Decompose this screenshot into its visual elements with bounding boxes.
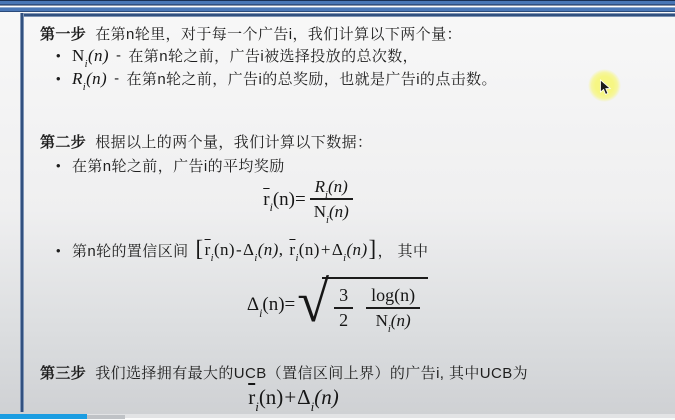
bullet-icon: • [56, 48, 61, 63]
fraction-R-over-N: Ri(n) Ni(n) [309, 177, 354, 222]
minus-sign: - [236, 240, 242, 260]
math-sub: i [254, 253, 257, 264]
math-base: r [263, 189, 269, 210]
formula-delta: Δi(n) = √ 3 2 log(n) Ni(n) [0, 277, 675, 333]
math-sub: i [259, 307, 262, 320]
math-sub: i [211, 253, 214, 264]
math-sub: i [388, 324, 391, 335]
bullet-icon: • [56, 243, 61, 258]
step2-text: 根据以上的两个量，我们计算以下数据： [95, 134, 372, 151]
comma: , [279, 240, 284, 260]
math-base: N [72, 46, 85, 65]
numerator: log(n) [366, 285, 420, 309]
math-arg: (n) [86, 69, 107, 88]
math-arg: (n) [214, 240, 235, 259]
math-arg: (n) [258, 240, 279, 259]
fraction-log-over-N: log(n) Ni(n) [366, 285, 420, 331]
math-delta-atom: Δi(n) [297, 385, 339, 410]
bullet-text: 在第n轮之前，广告i的总奖励，也就是广告i的点击数。 [127, 68, 497, 89]
bullet-item-avg: • 在第n轮之前，广告i的平均奖励 [56, 155, 285, 176]
window-top-border [0, 0, 675, 12]
math-rbar-atom: ri(n) [263, 189, 295, 211]
math-arg: (n) [262, 294, 284, 315]
math-arg: (n) [259, 385, 284, 409]
math-arg: (n) [299, 240, 320, 259]
math-N-atom: Ni(n) [72, 46, 109, 66]
math-sub: i [255, 399, 259, 414]
bullet-icon: • [56, 158, 61, 173]
close-bracket: ] [368, 236, 378, 262]
plus-sign: + [284, 385, 296, 410]
math-arg: (n) [347, 240, 368, 259]
bullet-text: 在第n轮之前，广告i被选择投放的总次数， [128, 45, 418, 66]
math-arg: (n) [329, 202, 349, 221]
math-sub: i [270, 201, 273, 214]
math-base: Δ [297, 385, 311, 409]
progress-buffered [87, 415, 125, 419]
bullet-item-N: • Ni(n) - 在第n轮之前，广告i被选择投放的总次数， [56, 45, 418, 66]
dash-separator: - [116, 47, 121, 64]
bullet-text-suffix: ， 其中 [378, 240, 429, 261]
math-base: N [314, 202, 326, 221]
bullet-text: 在第n轮之前，广告i的平均奖励 [72, 155, 285, 176]
math-base: Δ [243, 240, 254, 259]
mouse-cursor-icon [599, 79, 612, 96]
step3-text: 我们选择拥有最大的UCB（置信区间上界）的广告i, 其中UCB为 [95, 365, 528, 382]
math-base: R [72, 69, 83, 88]
dash-separator: - [114, 70, 119, 87]
progress-played[interactable] [0, 414, 87, 419]
math-arg: (n) [391, 311, 411, 330]
formula-average-reward: ri(n) = Ri(n) Ni(n) [0, 177, 617, 222]
math-rbar-atom: ri(n) [248, 385, 283, 410]
math-base: R [315, 177, 325, 196]
math-sub: i [295, 253, 298, 264]
step1-label: 第一步 [40, 26, 86, 43]
math-N-atom: Ni(n) [376, 311, 411, 330]
radical-sign: √ [297, 274, 329, 330]
step2-label: 第二步 [40, 134, 86, 151]
step2-heading: 第二步根据以上的两个量，我们计算以下数据： [40, 131, 372, 152]
slide-border-top [20, 13, 675, 17]
math-base: Δ [332, 240, 343, 259]
math-N-atom: Ni(n) [314, 202, 349, 221]
step3-label: 第三步 [40, 365, 86, 382]
bullet-text: 第n轮的置信区间 [72, 240, 189, 261]
step1-heading: 第一步在第n轮里，对于每一个广告i，我们计算以下两个量： [40, 23, 462, 44]
math-rbar-atom: ri(n) [289, 240, 319, 260]
math-sub: i [343, 253, 346, 264]
bullet-item-R: • Ri(n) - 在第n轮之前，广告i的总奖励，也就是广告i的点击数。 [56, 68, 497, 89]
math-R-atom: Ri(n) [72, 69, 107, 89]
denominator: 2 [334, 309, 353, 331]
math-base: r [205, 240, 211, 259]
math-delta-atom: Δi(n) [247, 294, 285, 316]
math-base: N [376, 311, 388, 330]
fraction-3-over-2: 3 2 [334, 285, 353, 331]
equals-sign: = [285, 294, 296, 316]
math-R-atom: Ri(n) [315, 177, 348, 197]
math-delta-atom: Δi(n) [243, 240, 279, 260]
math-arg: (n) [273, 189, 295, 210]
video-frame: 第一步在第n轮里，对于每一个广告i，我们计算以下两个量： • Ni(n) - 在… [0, 0, 675, 420]
math-arg: (n) [88, 46, 109, 65]
step1-text: 在第n轮里，对于每一个广告i，我们计算以下两个量： [95, 26, 462, 43]
math-sub: i [83, 82, 86, 93]
plus-sign: + [321, 240, 331, 260]
math-rbar-atom: ri(n) [205, 240, 235, 260]
math-sub: i [325, 190, 328, 201]
equals-sign: = [295, 189, 306, 211]
math-interval: [ ri(n) - Δi(n) , ri(n) + Δi(n) ] [195, 237, 378, 263]
math-sub: i [326, 215, 329, 226]
open-bracket: [ [195, 236, 205, 262]
math-base: Δ [247, 294, 259, 315]
math-delta-atom: Δi(n) [332, 240, 368, 260]
bullet-icon: • [56, 71, 61, 86]
log-term: log(n) [371, 285, 415, 306]
formula-ucb: ri(n) + Δi(n) [0, 385, 587, 410]
math-arg: (n) [314, 385, 339, 409]
bullet-item-interval: • 第n轮的置信区间 [ ri(n) - Δi(n) , ri(n) + Δi(… [56, 237, 428, 263]
square-root: √ 3 2 log(n) Ni(n) [297, 277, 428, 333]
math-sub: i [311, 399, 315, 414]
numerator: 3 [334, 285, 353, 309]
step3-heading: 第三步我们选择拥有最大的UCB（置信区间上界）的广告i, 其中UCB为 [40, 362, 528, 383]
math-arg: (n) [328, 177, 348, 196]
